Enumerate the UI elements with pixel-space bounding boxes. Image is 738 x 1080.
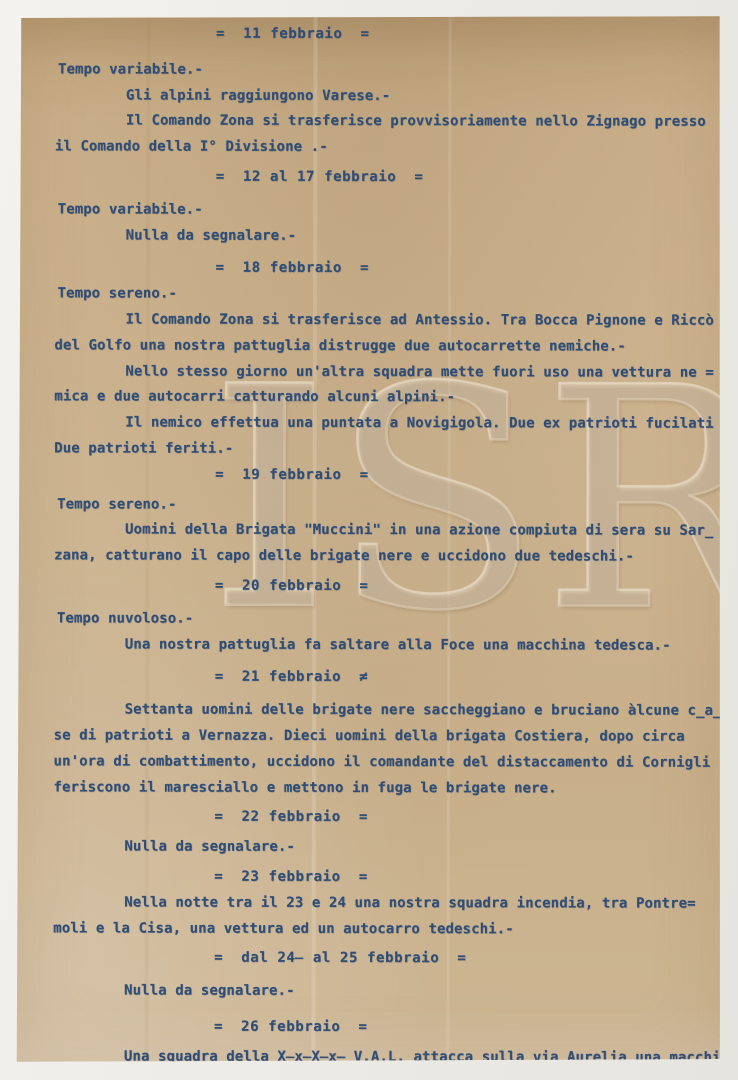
text-line: = 11 febbraio =	[216, 22, 722, 49]
text-line: Tempo nuvoloso.-	[57, 606, 721, 633]
text-line: Il nemico effettua una puntata a Novigig…	[125, 411, 721, 438]
text-line: = 22 febbraio =	[214, 805, 720, 832]
text-line: zana, catturano il capo delle brigate ne…	[54, 543, 721, 570]
document-page: ISR = 11 febbraio =Tempo variabile.-Gli …	[16, 14, 722, 1063]
text-line: feriscono il maresciallo e mettono in fu…	[53, 775, 720, 802]
text-line: = 20 febbraio =	[215, 574, 721, 601]
text-line: = dal 24̶ al 25 febbraio =	[214, 946, 720, 973]
text-line: = 23 febbraio =	[214, 865, 720, 892]
text-line: Tempo variabile.-	[58, 57, 722, 84]
text-line: Settanta uomini delle brigate nere sacch…	[125, 698, 721, 725]
text-line: Nella notte tra il 23 e 24 una nostra sq…	[124, 890, 720, 917]
text-line: Nulla da segnalare.-	[126, 223, 722, 250]
text-line: mica e due autocarri catturando alcuni a…	[54, 385, 721, 412]
text-line: del Golfo una nostra pattuglia distrugge…	[54, 333, 721, 360]
scan-background: ISR = 11 febbraio =Tempo variabile.-Gli …	[0, 0, 738, 1080]
text-line: Il Comando Zona si trasferisce provvisor…	[126, 109, 722, 136]
text-line: Tempo sereno.-	[57, 492, 721, 519]
text-line: = 18 febbraio =	[216, 256, 722, 283]
text-line: = 19 febbraio =	[215, 462, 721, 489]
text-line: il Comando della I° Divisione .-	[55, 135, 722, 162]
text-line: Nello stesso giorno un'altra squadra met…	[125, 359, 721, 386]
text-line: Due patrioti feriti.-	[54, 436, 721, 463]
text-line: Nulla da segnalare.-	[124, 835, 720, 862]
text-line: Tempo variabile.-	[58, 197, 722, 224]
text-line: Uomini della Brigata "Muccini" in una az…	[125, 518, 721, 545]
text-line: Una nostra pattuglia fa saltare alla Foc…	[125, 632, 721, 659]
text-line: = 21 febbraio ≠	[215, 665, 721, 692]
text-line: moli e la Cisa, una vettura ed un autoca…	[53, 916, 720, 943]
text-line: Il Comando Zona si trasferisce ad Antess…	[125, 307, 721, 334]
typewritten-text: = 11 febbraio =Tempo variabile.-Gli alpi…	[16, 21, 722, 1071]
text-line: = 26 febbraio =	[214, 1015, 720, 1042]
text-line: Gli alpini raggiungono Varese.-	[126, 83, 722, 110]
text-line: Nulla da segnalare.-	[124, 979, 720, 1006]
text-line: Tempo sereno.-	[57, 282, 721, 309]
text-line: se di patrioti a Vernazza. Dieci uomini …	[54, 723, 721, 750]
text-line: un'ora di combattimento, uccidono il com…	[54, 749, 721, 776]
text-line: Una squadra della X̶x̶X̶x̶ V.A.L. attacc…	[124, 1044, 720, 1071]
text-line: = 12 al 17 febbraio =	[216, 165, 722, 192]
